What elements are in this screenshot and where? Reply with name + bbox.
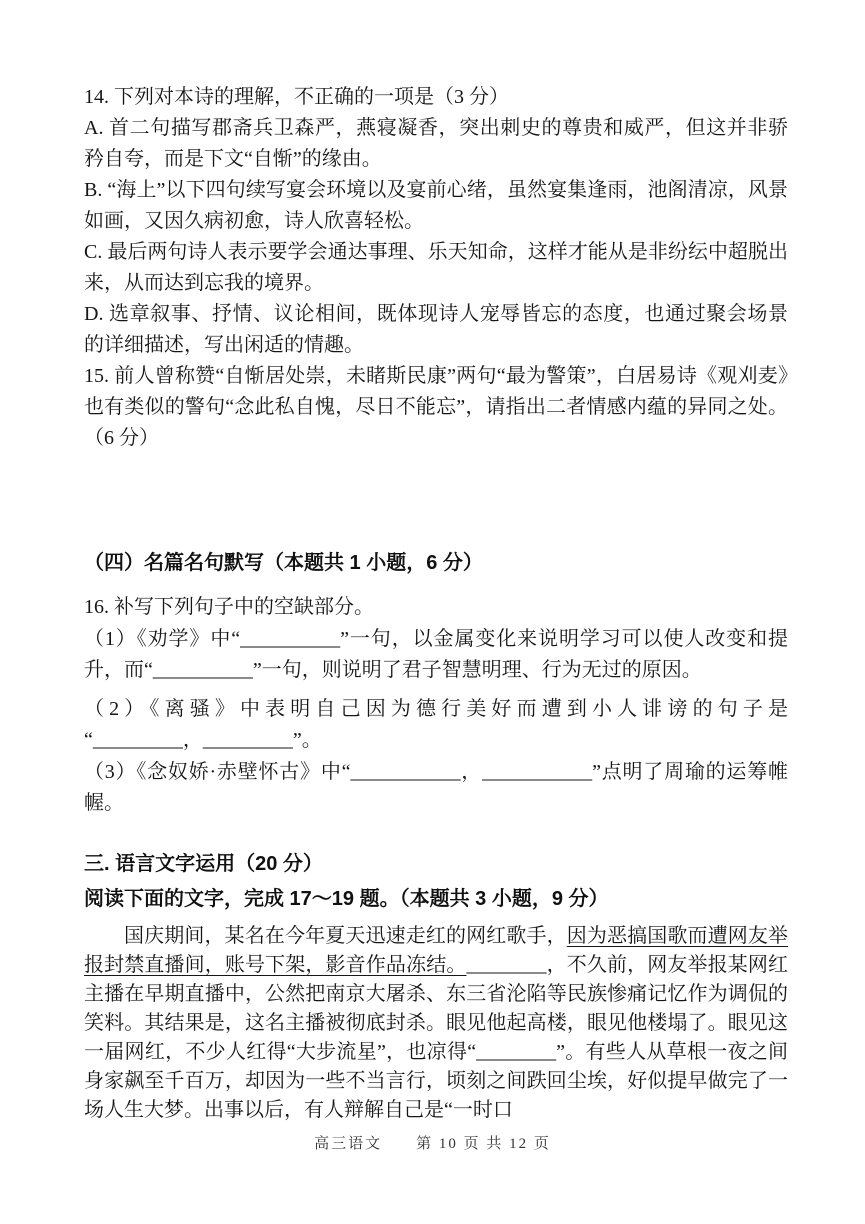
q14-option-c: C. 最后两句诗人表示要学会通达事理、乐天知命，这样才能从是非纷纭中超脱出来，从… [84,237,788,299]
passage-segment-before: 国庆期间，某名在今年夏天迅速走红的网红歌手， [124,925,567,947]
reading-passage: 国庆期间，某名在今年夏天迅速走红的网红歌手，因为恶搞国歌而遭网友举报封禁直播间，… [84,922,788,1125]
q14-option-d: D. 选章叙事、抒情、议论相间，既体现诗人宠辱皆忘的态度，也通过聚会场景的详细描… [84,299,788,361]
footer-page-number: 第 10 页 共 12 页 [416,1136,551,1152]
q16-stem: 16. 补写下列句子中的空缺部分。 [84,592,788,623]
q16-item-1: （1）《劝学》中“__________”一句，以金属变化来说明学习可以使人改变和… [84,624,788,686]
q17-instruction: 阅读下面的文字，完成 17～19 题。（本题共 3 小题，9 分） [84,884,788,915]
footer-course-title: 高三语文 [314,1136,382,1152]
q16-item-2: （2）《离骚》中表明自己因为德行美好而遭到小人诽谤的句子是 “_________… [84,694,788,756]
q14-option-a: A. 首二句描写郡斋兵卫森严，燕寝凝香，突出刺史的尊贵和威严，但这并非骄矜自夸，… [84,113,788,175]
q16-item-2-line-1: （2）《离骚》中表明自己因为德行美好而遭到小人诽谤的句子是 [84,694,788,725]
exam-content: 14. 下列对本诗的理解，不正确的一项是（3 分） A. 首二句描写郡斋兵卫森严… [84,0,788,1125]
q16-item-2-line-2: “_________，_________”。 [84,725,788,756]
q16-item-3: （3）《念奴娇·赤壁怀古》中“___________，___________”点… [84,757,788,819]
section-four-heading: （四）名篇名句默写（本题共 1 小题，6 分） [84,548,788,579]
q14-stem: 14. 下列对本诗的理解，不正确的一项是（3 分） [84,82,788,113]
exam-page: 14. 下列对本诗的理解，不正确的一项是（3 分） A. 首二句描写郡斋兵卫森严… [0,0,865,1224]
passage-segment-after: ________，不久前，网友举报某网红主播在早期直播中，公然把南京大屠杀、东三… [84,954,788,1121]
page-footer: 高三语文第 10 页 共 12 页 [0,1132,865,1153]
q15-stem: 15. 前人曾称赞“自惭居处崇，未睹斯民康”两句“最为警策”，白居易诗《观刈麦》… [84,361,788,454]
q14-option-b: B. “海上”以下四句续写宴会环境以及宴前心绪，虽然宴集逢雨，池阁清凉，风景如画… [84,175,788,237]
section-three-heading: 三. 语言文字运用（20 分） [84,849,788,880]
